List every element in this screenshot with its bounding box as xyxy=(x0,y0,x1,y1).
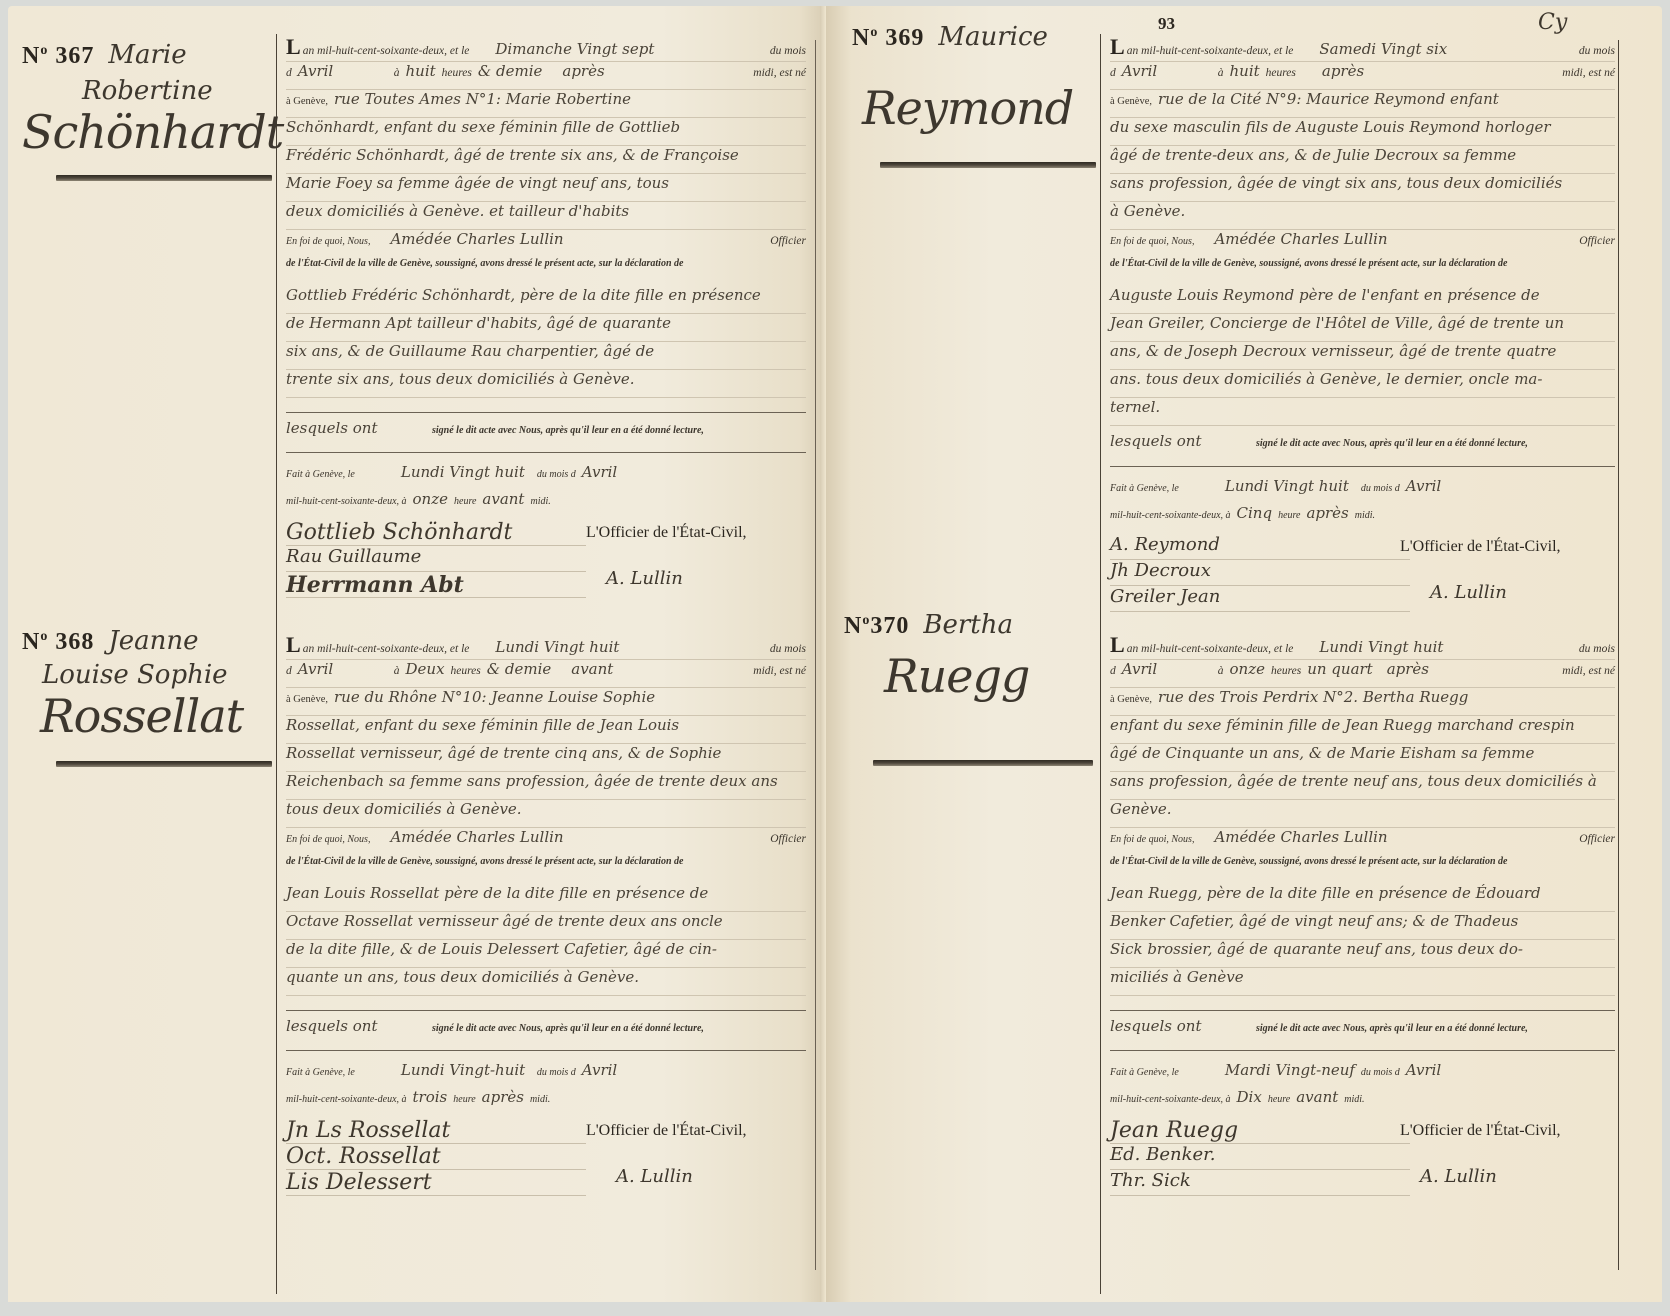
margin-entry-368: No 368 Jeanne Louise Sophie Rossellat xyxy=(22,626,262,742)
declaration-line: quante un ans, tous deux domiciliés à Ge… xyxy=(286,968,639,986)
officer-signature: A. Lullin xyxy=(1420,1166,1497,1187)
signed-day: Lundi Vingt huit xyxy=(361,463,531,481)
officier-label: Officier xyxy=(770,833,806,845)
du-mois-label: du mois xyxy=(770,45,806,57)
midi-label: midi. xyxy=(530,1094,550,1105)
right-margin-rule xyxy=(1100,34,1101,1294)
declaration-label: de l'État-Civil de la ville de Genève, s… xyxy=(1110,258,1507,269)
d-label: d xyxy=(286,665,292,677)
left-edge-rule xyxy=(815,40,816,1270)
a-geneve-label: à Genève, xyxy=(286,694,328,705)
text-line: âgé de Cinquante un ans, & de Marie Eish… xyxy=(1110,744,1534,762)
heures-label: heures xyxy=(1266,67,1296,79)
a-label: à xyxy=(1218,665,1224,677)
birth-day: Lundi Vingt huit xyxy=(1299,638,1573,656)
officer-signature: A. Lullin xyxy=(1430,582,1507,603)
declaration-line: miciliés à Genève xyxy=(1110,968,1244,986)
margin-given-name: Bertha xyxy=(923,610,1013,640)
declaration-line: de la dite fille, & de Louis Delessert C… xyxy=(286,940,717,958)
du-mois-label: du mois xyxy=(1579,643,1615,655)
intro-text: an mil-huit-cent-soixante-deux, et le xyxy=(303,643,470,655)
margin-surname: Rossellat xyxy=(40,690,262,742)
act-number: No 368 xyxy=(22,629,94,655)
d-label: d xyxy=(1110,665,1116,677)
signed-hour: Dix xyxy=(1237,1088,1262,1106)
fait-label: Fait à Genève, le xyxy=(286,1067,355,1078)
text-line: enfant du sexe féminin fille de Jean Rue… xyxy=(1110,716,1575,734)
birth-ampm: avant xyxy=(557,660,747,678)
witness-signature: Jh Decroux xyxy=(1110,560,1410,586)
declaration-line: Benker Cafetier, âgé de vingt neuf ans; … xyxy=(1110,912,1518,930)
du-mois-d-label: du mois d xyxy=(537,469,576,480)
signed-day: Lundi Vingt-huit xyxy=(361,1061,531,1079)
mil-huit-label: mil-huit-cent-soixante-deux, à xyxy=(286,496,407,507)
heure-label: heure xyxy=(1278,510,1300,521)
signe-label: signé le dit acte avec Nous, après qu'il… xyxy=(432,425,704,436)
du-mois-label: du mois xyxy=(1579,45,1615,57)
birth-hour: onze xyxy=(1230,660,1265,678)
register-spread: 93 Cy No 367 Marie Robertine Schönhardt … xyxy=(0,0,1670,1316)
intro-initial: L xyxy=(286,34,301,60)
signe-label: signé le dit acte avec Nous, après qu'il… xyxy=(432,1023,704,1034)
margin-given-name: Maurice xyxy=(938,22,1048,52)
intro-initial: L xyxy=(286,632,301,658)
act-number: No 367 xyxy=(22,43,94,69)
margin-rule xyxy=(873,760,1093,766)
declaration-line: Auguste Louis Reymond père de l'enfant e… xyxy=(1110,286,1540,304)
birth-ampm: après xyxy=(1379,660,1557,678)
act-369: Lan mil-huit-cent-soixante-deux, et leSa… xyxy=(1110,34,1615,624)
declaration-label: de l'État-Civil de la ville de Genève, s… xyxy=(286,258,683,269)
text-line: rue du Rhône N°10: Jeanne Louise Sophie xyxy=(334,688,655,706)
heure-label: heure xyxy=(453,1094,475,1105)
officier-label: Officier xyxy=(770,235,806,247)
declaration-label: de l'État-Civil de la ville de Genève, s… xyxy=(286,856,683,867)
text-line: Rossellat, enfant du sexe féminin fille … xyxy=(286,716,679,734)
witness-signature: Thr. Sick xyxy=(1110,1170,1410,1196)
witness-signature: Jn Ls Rossellat xyxy=(286,1118,586,1144)
text-line: deux domiciliés à Genève. et tailleur d'… xyxy=(286,202,629,220)
en-foi-label: En foi de quoi, Nous, xyxy=(286,834,370,845)
officer-title: L'Officier de l'État-Civil, xyxy=(586,1122,747,1140)
midi-est-ne: midi, est né xyxy=(753,67,806,79)
margin-given-name-2: Louise Sophie xyxy=(42,660,262,690)
fait-label: Fait à Genève, le xyxy=(1110,1067,1179,1078)
signe-label: signé le dit acte avec Nous, après qu'il… xyxy=(1256,1023,1528,1034)
declaration-line: Gottlieb Frédéric Schönhardt, père de la… xyxy=(286,286,761,304)
folio-annotation: Cy xyxy=(1538,10,1567,35)
text-line: Frédéric Schönhardt, âgé de trente six a… xyxy=(286,146,739,164)
heure-label: heure xyxy=(1268,1094,1290,1105)
act-number: No 369 xyxy=(852,25,924,51)
margin-given-name-2: Robertine xyxy=(82,76,262,106)
margin-entry-367: No 367 Marie Robertine Schönhardt xyxy=(22,40,262,158)
witness-signature: Rau Guillaume xyxy=(286,546,586,572)
birth-ampm: après xyxy=(1308,62,1556,80)
declaration-line: six ans, & de Guillaume Rau charpentier,… xyxy=(286,342,654,360)
left-margin-rule xyxy=(276,34,277,1294)
signed-hour: trois xyxy=(413,1088,448,1106)
signed-ampm: après xyxy=(1306,504,1348,522)
text-line: Schönhardt, enfant du sexe féminin fille… xyxy=(286,118,680,136)
officer-signature: A. Lullin xyxy=(606,568,683,589)
du-mois-d-label: du mois d xyxy=(1361,483,1400,494)
heures-label: heures xyxy=(1271,665,1301,677)
act-370: Lan mil-huit-cent-soixante-deux, et leLu… xyxy=(1110,632,1615,1208)
margin-surname: Schönhardt xyxy=(22,106,262,158)
birth-month: Avril xyxy=(1122,62,1212,80)
witness-signature: A. Reymond xyxy=(1110,534,1410,560)
a-label: à xyxy=(394,665,400,677)
signed-month: Avril xyxy=(582,463,617,481)
en-foi-label: En foi de quoi, Nous, xyxy=(1110,834,1194,845)
birth-hour-extra: & demie xyxy=(487,660,552,678)
signe-label: signé le dit acte avec Nous, après qu'il… xyxy=(1256,438,1528,449)
text-line: âgé de trente-deux ans, & de Julie Decro… xyxy=(1110,146,1516,164)
text-line: Genève. xyxy=(1110,800,1172,818)
intro-initial: L xyxy=(1110,632,1125,658)
birth-day: Dimanche Vingt sept xyxy=(475,40,764,58)
margin-given-name: Jeanne xyxy=(108,626,198,656)
officer-name: Amédée Charles Lullin xyxy=(1200,828,1573,846)
mil-huit-label: mil-huit-cent-soixante-deux, à xyxy=(286,1094,407,1105)
act-367: Lan mil-huit-cent-soixante-deux, et leDi… xyxy=(286,34,806,610)
text-line: Rossellat vernisseur, âgé de trente cinq… xyxy=(286,744,721,762)
text-line: rue de la Cité N°9: Maurice Reymond enfa… xyxy=(1158,90,1499,108)
birth-month: Avril xyxy=(298,62,388,80)
margin-given-name: Marie xyxy=(108,40,186,70)
declaration-line: Jean Greiler, Concierge de l'Hôtel de Vi… xyxy=(1110,314,1564,332)
a-label: à xyxy=(1218,67,1224,79)
signed-ampm: après xyxy=(482,1088,524,1106)
birth-hour-extra: & demie xyxy=(478,62,543,80)
officer-name: Amédée Charles Lullin xyxy=(376,828,764,846)
en-foi-label: En foi de quoi, Nous, xyxy=(1110,236,1194,247)
declaration-line: Jean Ruegg, père de la dite fille en pré… xyxy=(1110,884,1541,902)
act-number: No370 xyxy=(844,613,909,639)
officer-title: L'Officier de l'État-Civil, xyxy=(1400,1122,1561,1140)
text-line: rue des Trois Perdrix N°2. Bertha Ruegg xyxy=(1158,688,1468,706)
margin-surname: Ruegg xyxy=(884,650,1084,702)
signed-month: Avril xyxy=(1406,1061,1441,1079)
intro-initial: L xyxy=(1110,34,1125,60)
margin-rule xyxy=(56,175,272,181)
margin-entry-369: No 369 Maurice Reymond xyxy=(852,22,1092,134)
a-geneve-label: à Genève, xyxy=(286,96,328,107)
officier-label: Officier xyxy=(1579,833,1615,845)
declaration-line: trente six ans, tous deux domiciliés à G… xyxy=(286,370,635,388)
text-line: rue Toutes Ames N°1: Marie Robertine xyxy=(334,90,631,108)
officer-title: L'Officier de l'État-Civil, xyxy=(586,524,747,542)
right-edge-rule xyxy=(1618,40,1619,1270)
margin-entry-370: No370 Bertha Ruegg xyxy=(844,610,1084,702)
witness-signature: Herrmann Abt xyxy=(286,572,586,598)
declaration-line: ans, & de Joseph Decroux vernisseur, âgé… xyxy=(1110,342,1556,360)
lesquels-ont: lesquels ont xyxy=(1110,432,1250,450)
midi-est-ne: midi, est né xyxy=(1562,665,1615,677)
witness-signature: Ed. Benker. xyxy=(1110,1144,1410,1170)
officer-name: Amédée Charles Lullin xyxy=(1200,230,1573,248)
text-line: sans profession, âgée de vingt six ans, … xyxy=(1110,174,1562,192)
officier-label: Officier xyxy=(1579,235,1615,247)
text-line: sans profession, âgée de trente neuf ans… xyxy=(1110,772,1597,790)
birth-month: Avril xyxy=(1122,660,1212,678)
declaration-line: Jean Louis Rossellat père de la dite fil… xyxy=(286,884,708,902)
intro-text: an mil-huit-cent-soixante-deux, et le xyxy=(1127,45,1294,57)
lesquels-ont: lesquels ont xyxy=(1110,1017,1250,1035)
midi-est-ne: midi, est né xyxy=(753,665,806,677)
a-geneve-label: à Genève, xyxy=(1110,694,1152,705)
text-line: à Genève. xyxy=(1110,202,1185,220)
d-label: d xyxy=(1110,67,1116,79)
officer-name: Amédée Charles Lullin xyxy=(376,230,764,248)
birth-ampm: après xyxy=(548,62,747,80)
du-mois-d-label: du mois d xyxy=(1361,1067,1400,1078)
text-line: du sexe masculin fils de Auguste Louis R… xyxy=(1110,118,1551,136)
declaration-line: ternel. xyxy=(1110,398,1160,416)
declaration-line: Octave Rossellat vernisseur âgé de trent… xyxy=(286,912,723,930)
intro-text: an mil-huit-cent-soixante-deux, et le xyxy=(303,45,470,57)
fait-label: Fait à Genève, le xyxy=(1110,483,1179,494)
birth-day: Lundi Vingt huit xyxy=(475,638,764,656)
a-geneve-label: à Genève, xyxy=(1110,96,1152,107)
text-line: Marie Foey sa femme âgée de vingt neuf a… xyxy=(286,174,669,192)
officer-signature: A. Lullin xyxy=(616,1166,693,1187)
witness-signature: Greiler Jean xyxy=(1110,586,1410,612)
birth-hour: huit xyxy=(1230,62,1260,80)
midi-label: midi. xyxy=(1344,1094,1364,1105)
lesquels-ont: lesquels ont xyxy=(286,1017,426,1035)
midi-label: midi. xyxy=(1355,510,1375,521)
en-foi-label: En foi de quoi, Nous, xyxy=(286,236,370,247)
heures-label: heures xyxy=(442,67,472,79)
birth-hour: huit xyxy=(406,62,436,80)
declaration-line: ans. tous deux domiciliés à Genève, le d… xyxy=(1110,370,1542,388)
witness-signature: Jean Ruegg xyxy=(1110,1118,1410,1144)
officer-title: L'Officier de l'État-Civil, xyxy=(1400,538,1561,556)
text-line: tous deux domiciliés à Genève. xyxy=(286,800,522,818)
mil-huit-label: mil-huit-cent-soixante-deux, à xyxy=(1110,1094,1231,1105)
signed-day: Lundi Vingt huit xyxy=(1185,477,1355,495)
signed-ampm: avant xyxy=(1296,1088,1338,1106)
margin-surname: Reymond xyxy=(862,82,1092,134)
lesquels-ont: lesquels ont xyxy=(286,419,426,437)
midi-label: midi. xyxy=(530,496,550,507)
witness-signature: Lis Delessert xyxy=(286,1170,586,1196)
witness-signature: Gottlieb Schönhardt xyxy=(286,520,586,546)
birth-day: Samedi Vingt six xyxy=(1299,40,1573,58)
birth-hour-extra: un quart xyxy=(1307,660,1373,678)
signed-day: Mardi Vingt-neuf xyxy=(1185,1061,1355,1079)
d-label: d xyxy=(286,67,292,79)
signed-month: Avril xyxy=(582,1061,617,1079)
fait-label: Fait à Genève, le xyxy=(286,469,355,480)
du-mois-d-label: du mois d xyxy=(537,1067,576,1078)
margin-rule xyxy=(880,162,1096,168)
act-368: Lan mil-huit-cent-soixante-deux, et leLu… xyxy=(286,632,806,1208)
midi-est-ne: midi, est né xyxy=(1562,67,1615,79)
mil-huit-label: mil-huit-cent-soixante-deux, à xyxy=(1110,510,1231,521)
signed-hour: onze xyxy=(413,490,448,508)
heures-label: heures xyxy=(451,665,481,677)
signed-ampm: avant xyxy=(482,490,524,508)
signed-month: Avril xyxy=(1406,477,1441,495)
text-line: Reichenbach sa femme sans profession, âg… xyxy=(286,772,778,790)
a-label: à xyxy=(394,67,400,79)
birth-hour: Deux xyxy=(406,660,445,678)
signed-hour: Cinq xyxy=(1237,504,1273,522)
birth-month: Avril xyxy=(298,660,388,678)
declaration-line: Sick brossier, âgé de quarante neuf ans,… xyxy=(1110,940,1523,958)
declaration-line: de Hermann Apt tailleur d'habits, âgé de… xyxy=(286,314,671,332)
witness-signature: Oct. Rossellat xyxy=(286,1144,586,1170)
heure-label: heure xyxy=(454,496,476,507)
declaration-label: de l'État-Civil de la ville de Genève, s… xyxy=(1110,856,1507,867)
du-mois-label: du mois xyxy=(770,643,806,655)
folio-number: 93 xyxy=(1158,14,1175,34)
margin-rule xyxy=(56,761,272,767)
intro-text: an mil-huit-cent-soixante-deux, et le xyxy=(1127,643,1294,655)
